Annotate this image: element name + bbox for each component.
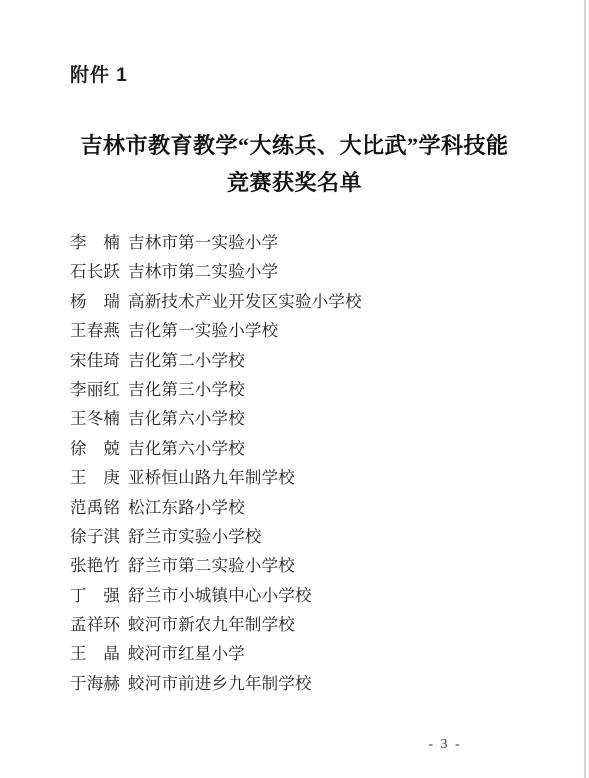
winner-school: 亚桥恒山路九年制学校 [128,463,295,492]
winner-row: 宋佳琦吉化第二小学校 [70,346,550,375]
winner-row: 张艳竹舒兰市第二实验小学校 [70,551,550,580]
winner-name: 张艳竹 [70,551,128,580]
winner-school: 吉化第六小学校 [128,434,245,463]
winner-row: 王春燕吉化第一实验小学校 [70,316,550,345]
attachment-label: 附件 1 [70,60,128,87]
document-title-line1: 吉林市教育教学“大练兵、大比武”学科技能 [0,127,589,164]
winner-row: 范禹铭松江东路小学校 [70,493,550,522]
winner-name: 王 晶 [70,639,128,668]
winner-row: 李 楠吉林市第一实验小学 [70,228,550,257]
winner-row: 石长跃吉林市第二实验小学 [70,257,550,286]
winner-name: 徐子淇 [70,522,128,551]
winner-name: 范禹铭 [70,493,128,522]
winner-school: 高新技术产业开发区实验小学校 [128,287,362,316]
winner-name: 王春燕 [70,316,128,345]
winner-school: 蛟河市红星小学 [128,639,245,668]
winner-row: 于海赫蛟河市前进乡九年制学校 [70,669,550,698]
winner-row: 徐 兢吉化第六小学校 [70,434,550,463]
winner-row: 李丽红吉化第三小学校 [70,375,550,404]
winner-school: 吉林市第二实验小学 [128,257,278,286]
winner-school: 吉化第一实验小学校 [128,316,278,345]
winner-name: 石长跃 [70,257,128,286]
winner-name: 王冬楠 [70,404,128,433]
winner-school: 吉化第三小学校 [128,375,245,404]
document-title: 吉林市教育教学“大练兵、大比武”学科技能 竞赛获奖名单 [0,127,589,201]
document-title-line2: 竞赛获奖名单 [0,164,589,201]
winner-name: 李丽红 [70,375,128,404]
winner-row: 杨 瑞高新技术产业开发区实验小学校 [70,287,550,316]
winner-name: 杨 瑞 [70,287,128,316]
winner-name: 宋佳琦 [70,346,128,375]
winner-name: 王 庚 [70,463,128,492]
winner-list: 李 楠吉林市第一实验小学石长跃吉林市第二实验小学杨 瑞高新技术产业开发区实验小学… [70,228,550,698]
winner-school: 舒兰市小城镇中心小学校 [128,581,312,610]
winner-school: 舒兰市实验小学校 [128,522,262,551]
winner-row: 王冬楠吉化第六小学校 [70,404,550,433]
winner-row: 王 庚亚桥恒山路九年制学校 [70,463,550,492]
winner-school: 蛟河市新农九年制学校 [128,610,295,639]
winner-school: 蛟河市前进乡九年制学校 [128,669,312,698]
winner-school: 吉化第二小学校 [128,346,245,375]
winner-school: 松江东路小学校 [128,493,245,522]
winner-row: 孟祥环蛟河市新农九年制学校 [70,610,550,639]
winner-school: 舒兰市第二实验小学校 [128,551,295,580]
winner-name: 李 楠 [70,228,128,257]
winner-row: 王 晶蛟河市红星小学 [70,639,550,668]
winner-school: 吉林市第一实验小学 [128,228,278,257]
page-number: - 3 - [410,737,480,753]
page-right-edge-line [584,0,586,778]
winner-school: 吉化第六小学校 [128,404,245,433]
winner-row: 丁 强舒兰市小城镇中心小学校 [70,581,550,610]
winner-name: 丁 强 [70,581,128,610]
document-page: 附件 1 吉林市教育教学“大练兵、大比武”学科技能 竞赛获奖名单 李 楠吉林市第… [0,0,589,778]
winner-name: 于海赫 [70,669,128,698]
winner-name: 徐 兢 [70,434,128,463]
winner-name: 孟祥环 [70,610,128,639]
winner-row: 徐子淇舒兰市实验小学校 [70,522,550,551]
